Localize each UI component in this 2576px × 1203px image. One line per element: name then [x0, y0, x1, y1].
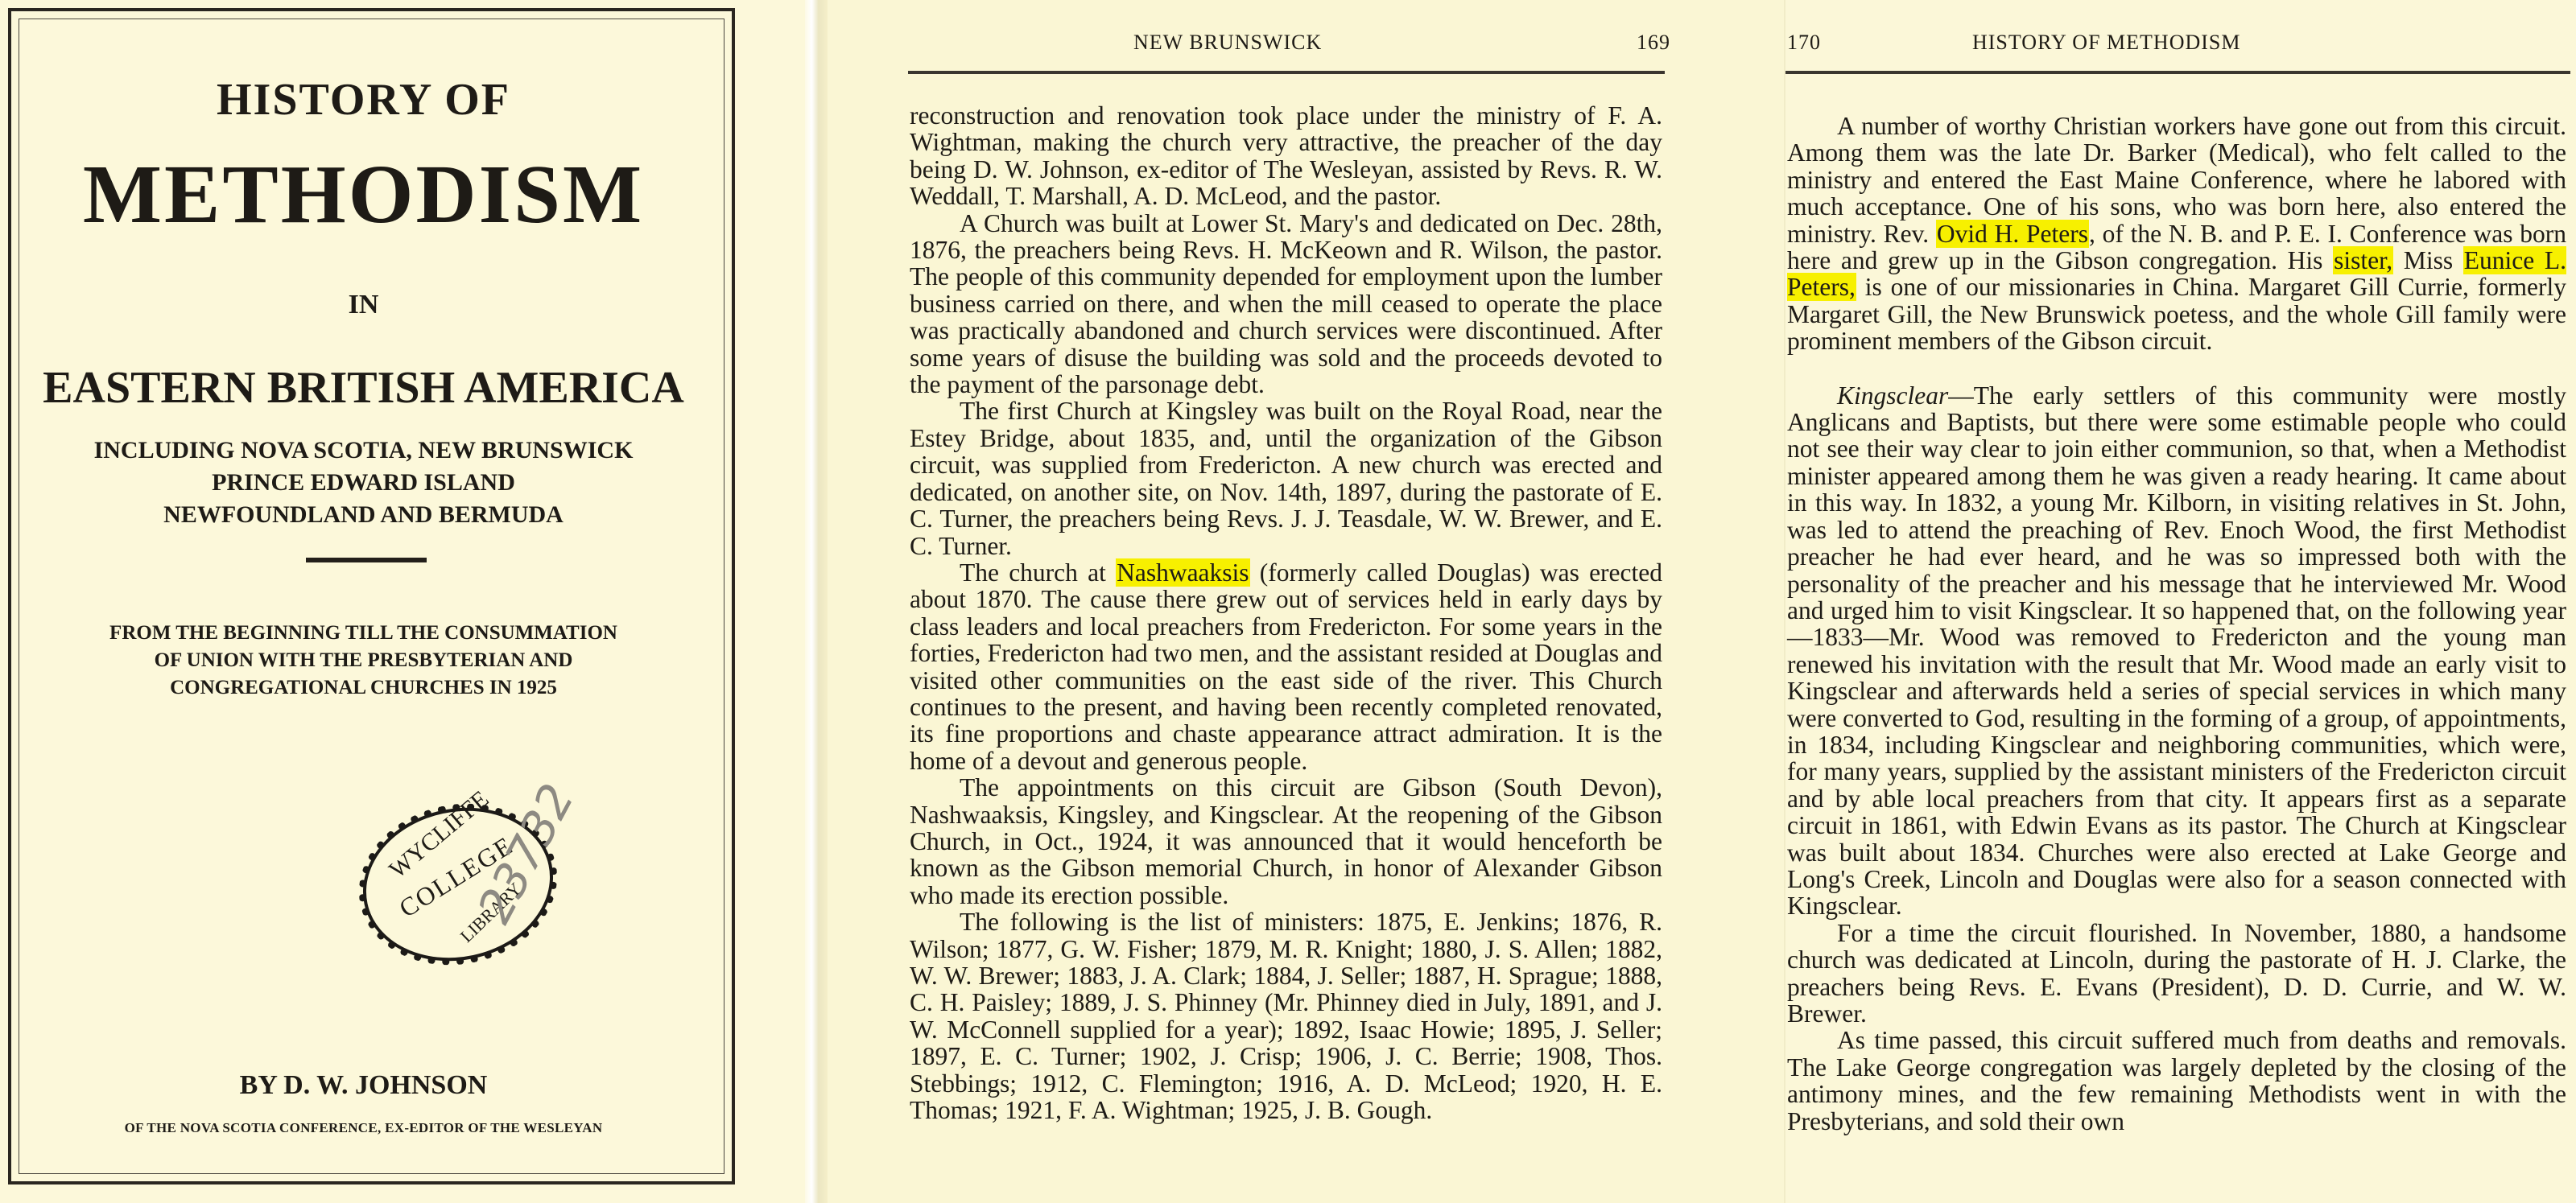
paragraph: The church at Nashwaaksis (formerly call… [910, 559, 1662, 774]
running-head: NEW BRUNSWICK [1133, 31, 1322, 55]
paragraph-text: —The early settlers of this community we… [1787, 381, 2566, 921]
paragraph: As time passed, this circuit suffered mu… [1787, 1027, 2566, 1135]
paragraph: Kingsclear—The early settlers of this co… [1787, 382, 2566, 920]
running-head: HISTORY OF METHODISM [1972, 31, 2241, 55]
paragraph-text: The church at [960, 558, 1116, 587]
page-body: A number of worthy Christian workers hav… [1787, 113, 2566, 1135]
page-number: 169 [1637, 31, 1670, 55]
paragraph-text: A Church was built at Lower St. Mary's a… [910, 209, 1662, 398]
paragraph-text: reconstruction and renovation took place… [910, 101, 1662, 210]
paragraph-text: As time passed, this circuit suffered mu… [1787, 1026, 2566, 1135]
scope-line: OF UNION WITH THE PRESBYTERIAN AND [0, 647, 727, 674]
including-line: INCLUDING NOVA SCOTIA, NEW BRUNSWICK [0, 435, 727, 467]
paragraph: The first Church at Kingsley was built o… [910, 398, 1662, 558]
title-scope-block: FROM THE BEGINNING TILL THE CONSUMMATION… [0, 620, 727, 702]
paragraph: The following is the list of ministers: … [910, 908, 1662, 1123]
title-divider-rule [306, 558, 427, 562]
author-credit: OF THE NOVA SCOTIA CONFERENCE, EX-EDITOR… [0, 1120, 727, 1136]
paragraph-text: is one of our missionaries in China. Mar… [1787, 273, 2566, 355]
page-gutter [805, 0, 828, 1203]
paragraph-text: The appointments on this circuit are Gib… [910, 773, 1662, 909]
paragraph: The appointments on this circuit are Gib… [910, 774, 1662, 908]
title-line-in: IN [0, 290, 727, 320]
scope-line: CONGREGATIONAL CHURCHES IN 1925 [0, 674, 727, 702]
section-heading-italic: Kingsclear [1837, 381, 1948, 410]
title-including-block: INCLUDING NOVA SCOTIA, NEW BRUNSWICK PRI… [0, 435, 727, 531]
paragraph: A number of worthy Christian workers hav… [1787, 113, 2566, 355]
paragraph: A Church was built at Lower St. Mary's a… [910, 210, 1662, 398]
title-line-methodism: METHODISM [0, 146, 727, 242]
header-rule [1785, 71, 2570, 74]
highlighted-text: sister, [2333, 246, 2393, 274]
paragraph: For a time the circuit flourished. In No… [1787, 920, 2566, 1028]
highlighted-text: Ovid H. Peters [1936, 220, 2089, 248]
page-number: 170 [1787, 31, 1821, 55]
title-region: EASTERN BRITISH AMERICA [0, 362, 727, 414]
author-byline: BY D. W. JOHNSON [0, 1070, 727, 1101]
scope-line: FROM THE BEGINNING TILL THE CONSUMMATION [0, 620, 727, 647]
including-line: NEWFOUNDLAND AND BERMUDA [0, 499, 727, 531]
paragraph: reconstruction and renovation took place… [910, 102, 1662, 210]
title-page: HISTORY OF METHODISM IN EASTERN BRITISH … [0, 0, 805, 1203]
page-169: NEW BRUNSWICK 169 reconstruction and ren… [828, 0, 1785, 1203]
page-170: 170 HISTORY OF METHODISM A number of wor… [1785, 0, 2576, 1203]
paragraph-text: The following is the list of ministers: … [910, 908, 1662, 1124]
paragraph-text: Miss [2393, 246, 2463, 274]
page-body: reconstruction and renovation took place… [910, 102, 1662, 1123]
title-line-history-of: HISTORY OF [0, 74, 727, 126]
highlighted-text: Nashwaaksis [1116, 558, 1249, 587]
header-rule [908, 71, 1665, 74]
including-line: PRINCE EDWARD ISLAND [0, 467, 727, 499]
paragraph-text: The first Church at Kingsley was built o… [910, 397, 1662, 559]
paragraph-text: For a time the circuit flourished. In No… [1787, 919, 2566, 1028]
paragraph-text: (formerly called Douglas) was erected ab… [910, 558, 1662, 775]
